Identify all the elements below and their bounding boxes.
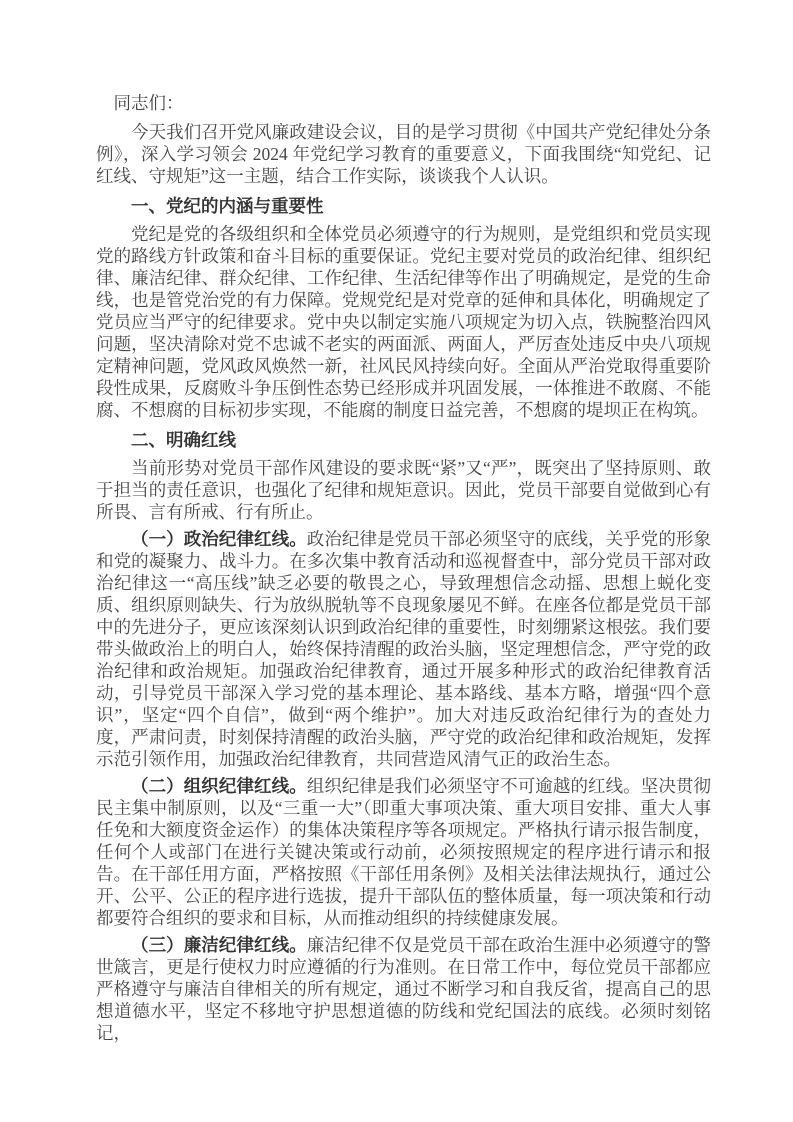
section-heading-red-lines: 二、明确红线 (96, 429, 711, 451)
paragraph-red-lines-intro: 当前形势对党员干部作风建设的要求既“紧”又“严”，既突出了坚持原则、敢于担当的责… (96, 457, 711, 523)
paragraph-organizational-discipline: （二）组织纪律红线。组织纪律是我们必须坚守不可逾越的红线。坚决贯彻民主集中制原则… (96, 775, 711, 929)
paragraph-lead-organizational-discipline: （二）组织纪律红线。 (131, 776, 307, 796)
paragraph-lead-integrity-discipline: （三）廉洁纪律红线。 (131, 935, 307, 955)
paragraph-political-discipline: （一）政治纪律红线。政治纪律是党员干部必须坚守的底线，关乎党的形象和党的凝聚力、… (96, 528, 711, 770)
paragraph-lead-political-discipline: （一）政治纪律红线。 (131, 529, 307, 549)
paragraph-body-organizational-discipline: 组织纪律是我们必须坚守不可逾越的红线。坚决贯彻民主集中制原则，以及“三重一大”（… (96, 776, 711, 928)
paragraph-integrity-discipline: （三）廉洁纪律红线。廉洁纪律不仅是党员干部在政治生涯中必须遵守的警世箴言，更是行… (96, 934, 711, 1044)
paragraph-meeting-intro: 今天我们召开党风廉政建设会议，目的是学习贯彻《中国共产党纪律处分条例》，深入学习… (96, 121, 711, 187)
paragraph-discipline-meaning: 党纪是党的各级组织和全体党员必须遵守的行为规则，是党组织和党员实现党的路线方针政… (96, 223, 711, 421)
document-page: 同志们： 今天我们召开党风廉政建设会议，目的是学习贯彻《中国共产党纪律处分条例》… (0, 0, 793, 1122)
section-heading-discipline-meaning: 一、党纪的内涵与重要性 (96, 195, 711, 217)
salutation: 同志们： (96, 92, 711, 114)
paragraph-body-political-discipline: 政治纪律是党员干部必须坚守的底线，关乎党的形象和党的凝聚力、战斗力。在多次集中教… (96, 529, 711, 769)
